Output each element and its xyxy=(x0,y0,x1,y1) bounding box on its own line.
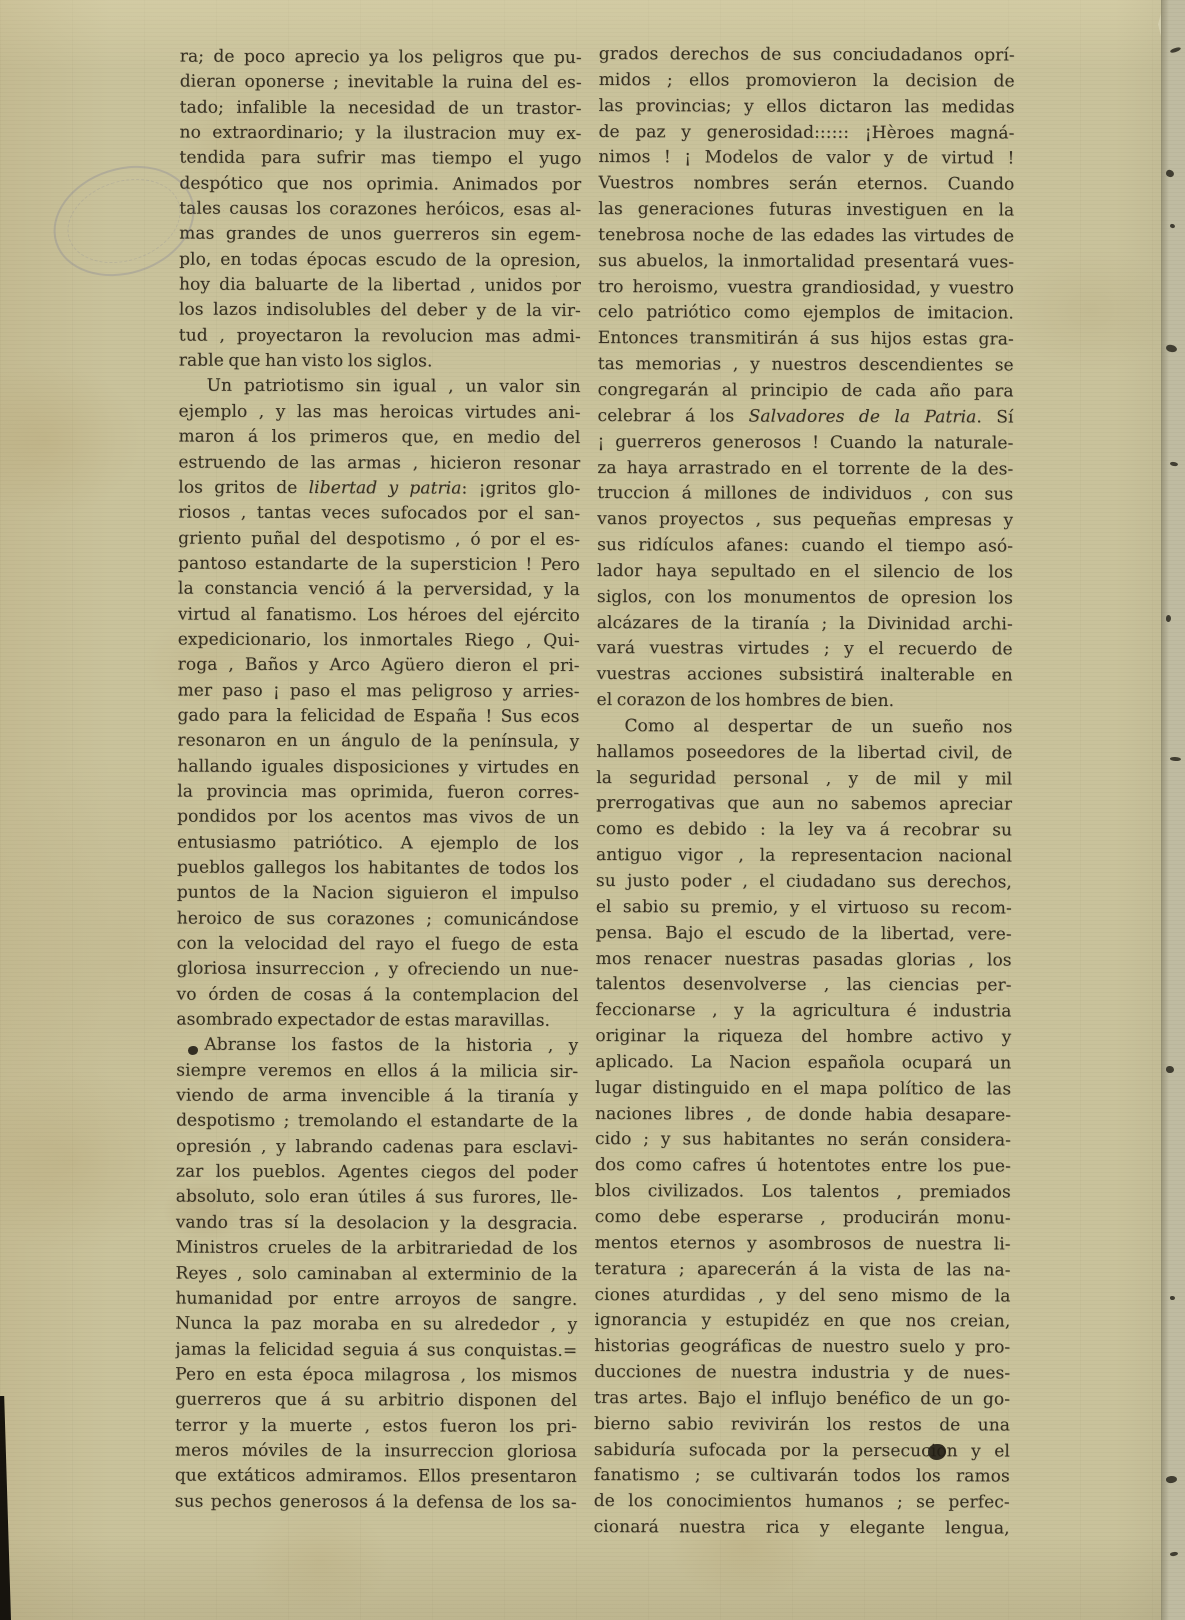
text: nimos ! ¡ Modelos de valor y de virtud ! xyxy=(598,147,1014,168)
text-line: como debe esperarse , producirán monu- xyxy=(595,1205,1011,1232)
text-line: con la velocidad del rayo el fuego de es… xyxy=(177,932,579,959)
text: ignorancia y estupidéz en que nos creian… xyxy=(594,1310,1010,1331)
text-line: tud , proyectaron la revolucion mas admi… xyxy=(179,323,581,350)
text-line: ciones aturdidas , y del seno mismo de l… xyxy=(594,1283,1010,1310)
text-line: despótico que nos oprimia. Animados por xyxy=(179,171,581,198)
text-line: entusiasmo patriótico. A ejemplo de los xyxy=(177,830,579,857)
text-line: pantoso estandarte de la supersticion ! … xyxy=(178,551,580,578)
text: los gritos de xyxy=(178,477,308,497)
text: cionará nuestra rica y elegante lengua, xyxy=(594,1517,1010,1538)
text-line: vanos proyectos , sus pequeñas empresas … xyxy=(597,507,1013,534)
text: pantoso estandarte de la supersticion ! … xyxy=(178,553,580,574)
text-line: prerrogativas que aun no sabemos aprecia… xyxy=(596,791,1012,818)
text: pondidos por los acentos mas vivos de un xyxy=(177,807,579,828)
text-line: Vuestros nombres serán eternos. Cuando xyxy=(598,171,1014,198)
text-line: congregarán al principio de cada año par… xyxy=(598,378,1014,405)
text-line: Entonces transmitirán á sus hijos estas … xyxy=(598,326,1014,353)
text-line: talentos desenvolverse , las ciencias pe… xyxy=(596,972,1012,999)
text-line: historias geográficas de nuestro suelo y… xyxy=(594,1334,1010,1361)
text: plo, en todas épocas escudo de la opresi… xyxy=(179,249,581,270)
text: originar la riqueza del hombre activo y xyxy=(595,1026,1011,1047)
text: expedicionario, los inmortales Riego , Q… xyxy=(178,629,580,650)
text: Abranse los fastos de la historia , y xyxy=(204,1035,578,1056)
text: la constancia venció á la perversidad, y… xyxy=(178,579,580,600)
text: truccion á millones de individuos , con … xyxy=(597,483,1013,504)
text-line: gloriosa insurreccion , y ofreciendo un … xyxy=(177,957,579,984)
text: Entonces transmitirán á sus hijos estas … xyxy=(598,328,1014,349)
text: sus ridículos afanes: cuando el tiempo a… xyxy=(597,535,1013,556)
text: ducciones de nuestra industria y de nues… xyxy=(594,1362,1010,1383)
text: no extraordinario; y la ilustracion muy … xyxy=(179,123,581,144)
text: aplicado. La Nacion española ocupará un xyxy=(595,1052,1011,1073)
text: griento puñal del despotismo , ó por el … xyxy=(178,528,580,549)
text: za haya arrastrado en el torrente de la … xyxy=(597,458,1013,479)
text-line: sabiduría sufocada por la persecucion y … xyxy=(594,1438,1010,1465)
edge-ink-mark xyxy=(1166,1066,1174,1073)
text-line: zar los pueblos. Agentes ciegos del pode… xyxy=(176,1160,578,1187)
text-line: los gritos de libertad y patria: ¡gritos… xyxy=(178,475,580,502)
text-line: la seguridad personal , y de mil y mil xyxy=(596,766,1012,793)
text-line: los lazos indisolubles del deber y de la… xyxy=(179,298,581,325)
text: las provincias; y ellos dictaron las med… xyxy=(599,96,1015,117)
text-line: siempre veremos en ellos á la milicia si… xyxy=(176,1058,578,1085)
text: Pero en esta época milagrosa , los mismo… xyxy=(175,1364,577,1385)
text-line: ra; de poco aprecio ya los peligros que … xyxy=(180,45,582,72)
text: lugar distinguido en el mapa político de… xyxy=(595,1078,1011,1099)
text: gado para la felicidad de España ! Sus e… xyxy=(177,705,579,726)
text-line: za haya arrastrado en el torrente de la … xyxy=(597,456,1013,483)
text-line: de los conocimientos humanos ; se perfec… xyxy=(594,1489,1010,1516)
text: roga , Baños y Arco Agüero dieron el pri… xyxy=(178,655,580,676)
text: meros móviles de la insurreccion glorios… xyxy=(175,1440,577,1461)
text: los lazos indisolubles del deber y de la… xyxy=(179,300,581,321)
text: pueblos gallegos los habitantes de todos… xyxy=(177,858,579,879)
text-line: ducciones de nuestra industria y de nues… xyxy=(594,1360,1010,1387)
text-line: Pero en esta época milagrosa , los mismo… xyxy=(175,1362,577,1389)
text: mer paso ¡ paso el mas peligroso y arrie… xyxy=(178,680,580,701)
text: celebrar á los xyxy=(598,406,749,427)
text-line: resonaron en un ángulo de la península, … xyxy=(177,729,579,756)
text: como es debido : la ley va á recobrar su xyxy=(596,819,1012,840)
text-line: plo, en todas épocas escudo de la opresi… xyxy=(179,247,581,274)
text-line: tendida para sufrir mas tiempo el yugo xyxy=(179,146,581,173)
text-line: el corazon de los hombres de bien. xyxy=(597,688,1013,715)
text: entusiasmo patriótico. A ejemplo de los xyxy=(177,832,579,853)
text-line: como es debido : la ley va á recobrar su xyxy=(596,817,1012,844)
text: opresión , y labrando cadenas para escla… xyxy=(176,1136,578,1157)
text: hallamos poseedores de la libertad civil… xyxy=(596,742,1012,763)
text: antiguo vigor , la representacion nacion… xyxy=(596,845,1012,866)
text: Ministros crueles de la arbitrariedad de… xyxy=(176,1238,578,1259)
text: el corazon de los hombres de bien. xyxy=(597,690,895,711)
text: tenebrosa noche de las edades las virtud… xyxy=(598,225,1014,246)
text-line: cido ; y sus habitantes no serán conside… xyxy=(595,1127,1011,1154)
text-line: originar la riqueza del hombre activo y xyxy=(595,1024,1011,1051)
text-line: pueblos gallegos los habitantes de todos… xyxy=(177,856,579,883)
text: heroico de sus corazones ; comunicándose xyxy=(177,908,579,929)
text: despotismo ; tremolando el estandarte de… xyxy=(176,1111,578,1132)
text: hallando iguales disposiciones y virtude… xyxy=(177,756,579,777)
text: blos civilizados. Los talentos , premiad… xyxy=(595,1181,1011,1202)
text: midos ; ellos promovieron la decision de xyxy=(599,70,1015,91)
text-line: sus abuelos, la inmortalidad presentará … xyxy=(598,249,1014,276)
text: jamas la felicidad seguia á sus conquist… xyxy=(175,1339,577,1360)
text-line: virtud al fanatismo. Los héroes del ejér… xyxy=(178,602,580,629)
text-line: vo órden de cosas á la contemplacion del xyxy=(176,982,578,1009)
text-line: opresión , y labrando cadenas para escla… xyxy=(176,1134,578,1161)
text-line: despotismo ; tremolando el estandarte de… xyxy=(176,1109,578,1136)
text-line: la constancia venció á la perversidad, y… xyxy=(178,577,580,604)
text: ¡ guerreros generosos ! Cuando la natura… xyxy=(597,432,1013,453)
text: siglos, con los monumentos de opresion l… xyxy=(597,587,1013,608)
text-line: tado; infalible la necesidad de un trast… xyxy=(180,95,582,122)
text-line: dos como cafres ú hotentotes entre los p… xyxy=(595,1153,1011,1180)
text-line: Nunca la paz moraba en su alrededor , y xyxy=(175,1312,577,1339)
text: gloriosa insurreccion , y ofreciendo un … xyxy=(177,959,579,980)
text: la provincia mas oprimida, fueron corres… xyxy=(177,782,579,803)
text-line: aplicado. La Nacion española ocupará un xyxy=(595,1050,1011,1077)
text-column-left: ra; de poco aprecio ya los peligros que … xyxy=(175,45,582,1516)
text-line: mos renacer nuestras pasadas glorias , l… xyxy=(596,947,1012,974)
text: la seguridad personal , y de mil y mil xyxy=(596,768,1012,789)
text-line: nimos ! ¡ Modelos de valor y de virtud ! xyxy=(598,145,1014,172)
text-line: siglos, con los monumentos de opresion l… xyxy=(597,585,1013,612)
text-line: vando tras sí la desolacion y la desgrac… xyxy=(176,1210,578,1237)
text-line: antiguo vigor , la representacion nacion… xyxy=(596,843,1012,870)
text-line: Como al despertar de un sueño nos xyxy=(596,714,1012,741)
text-line: vará vuestras virtudes ; y el recuerdo d… xyxy=(597,636,1013,663)
text: puntos de la Nacion siguieron el impulso xyxy=(177,883,579,904)
text: historias geográficas de nuestro suelo y… xyxy=(594,1336,1010,1357)
text-line: Reyes , solo caminaban al exterminio de … xyxy=(176,1261,578,1288)
text: hoy dia baluarte de la libertad , unidos… xyxy=(179,275,581,296)
text: su justo poder , el ciudadano sus derech… xyxy=(596,871,1012,892)
text-line: que extáticos admiramos. Ellos presentar… xyxy=(175,1464,577,1491)
text: ejemplo , y las mas heroicas virtudes an… xyxy=(179,401,581,422)
text-line: mas grandes de unos guerreros sin egem- xyxy=(179,222,581,249)
text: mas grandes de unos guerreros sin egem- xyxy=(179,224,581,245)
text-line: midos ; ellos promovieron la decision de xyxy=(599,68,1015,95)
text-line: tras artes. Bajo el influjo benéfico de … xyxy=(594,1386,1010,1413)
text: sabiduría sufocada por la persecucion y … xyxy=(594,1440,1010,1461)
text: talentos desenvolverse , las ciencias pe… xyxy=(596,974,1012,995)
text: pensa. Bajo el escudo de la libertad, ve… xyxy=(596,923,1012,944)
text: guerreros que á su arbitrio disponen del xyxy=(175,1390,577,1411)
text-line: Un patriotismo sin igual , un valor sin xyxy=(179,374,581,401)
text-line: meros móviles de la insurreccion glorios… xyxy=(175,1438,577,1465)
italic-text: libertad y patria xyxy=(309,478,462,499)
text: Nunca la paz moraba en su alrededor , y xyxy=(175,1314,577,1335)
text: el sabio su premio, y el virtuoso su rec… xyxy=(596,897,1012,918)
text: . Sí xyxy=(976,407,1013,427)
text: con la velocidad del rayo el fuego de es… xyxy=(177,934,579,955)
text-line: puntos de la Nacion siguieron el impulso xyxy=(177,881,579,908)
text-line: sus ridículos afanes: cuando el tiempo a… xyxy=(597,533,1013,560)
text: Reyes , solo caminaban al exterminio de … xyxy=(176,1263,578,1284)
text: bierno sabio revivirán los restos de una xyxy=(594,1414,1010,1435)
text-line: las generaciones futuras investiguen en … xyxy=(598,197,1014,224)
text: alcázares de la tiranía ; la Divinidad a… xyxy=(597,613,1013,634)
edge-ink-mark xyxy=(1170,757,1181,761)
text-line: alcázares de la tiranía ; la Divinidad a… xyxy=(597,611,1013,638)
text: estruendo de las armas , hicieron resona… xyxy=(178,452,580,473)
text-line: pensa. Bajo el escudo de la libertad, ve… xyxy=(596,921,1012,948)
text-line: ¡ guerreros generosos ! Cuando la natura… xyxy=(597,430,1013,457)
text-line: cionará nuestra rica y elegante lengua, xyxy=(594,1515,1010,1542)
text: congregarán al principio de cada año par… xyxy=(598,380,1014,401)
text: vanos proyectos , sus pequeñas empresas … xyxy=(597,509,1013,530)
text: Vuestros nombres serán eternos. Cuando xyxy=(598,173,1014,194)
text-line: lador haya sepultado en el silencio de l… xyxy=(597,559,1013,586)
text: rable que han visto los siglos. xyxy=(179,351,433,372)
text-line: heroico de sus corazones ; comunicándose xyxy=(177,906,579,933)
text-line: de paz y generosidad:::::: ¡Hèroes magná… xyxy=(598,120,1014,147)
text: cido ; y sus habitantes no serán conside… xyxy=(595,1129,1011,1150)
text: como debe esperarse , producirán monu- xyxy=(595,1207,1011,1228)
text-line: guerreros que á su arbitrio disponen del xyxy=(175,1388,577,1415)
text-line: sus pechos generosos á la defensa de los… xyxy=(175,1489,577,1516)
text: tras artes. Bajo el influjo benéfico de … xyxy=(594,1388,1010,1409)
text: sus pechos generosos á la defensa de los… xyxy=(175,1491,577,1512)
text-line: expedicionario, los inmortales Riego , Q… xyxy=(178,627,580,654)
text-line: mer paso ¡ paso el mas peligroso y arrie… xyxy=(178,678,580,705)
text: absoluto, solo eran útiles á sus furores… xyxy=(176,1187,578,1208)
text: maron á los primeros que, en medio del xyxy=(178,427,580,448)
text: dieran oponerse ; inevitable la ruina de… xyxy=(180,72,582,93)
text: ra; de poco aprecio ya los peligros que … xyxy=(180,47,582,68)
text: tro heroismo, vuestra grandiosidad, y vu… xyxy=(598,277,1014,298)
text-line: truccion á millones de individuos , con … xyxy=(597,481,1013,508)
text-line: humanidad por entre arroyos de sangre. xyxy=(175,1286,577,1313)
text: fanatismo ; se cultivarán todos los ramo… xyxy=(594,1465,1010,1486)
text: Un patriotismo sin igual , un valor sin xyxy=(207,376,581,397)
text: teratura ; aparecerán á la vista de las … xyxy=(595,1259,1011,1280)
text: vando tras sí la desolacion y la desgrac… xyxy=(176,1212,578,1233)
text: vará vuestras virtudes ; y el recuerdo d… xyxy=(597,638,1013,659)
text: de los conocimientos humanos ; se perfec… xyxy=(594,1491,1010,1512)
text-line: roga , Baños y Arco Agüero dieron el pri… xyxy=(178,653,580,680)
text-line: las provincias; y ellos dictaron las med… xyxy=(599,94,1015,121)
text: ciones aturdidas , y del seno mismo de l… xyxy=(594,1285,1010,1306)
text-line: griento puñal del despotismo , ó por el … xyxy=(178,526,580,553)
text-line: bierno sabio revivirán los restos de una xyxy=(594,1412,1010,1439)
text-line: jamas la felicidad seguia á sus conquist… xyxy=(175,1337,577,1364)
text: terror y la muerte , estos fueron los pr… xyxy=(175,1415,577,1436)
text: las generaciones futuras investiguen en … xyxy=(598,199,1014,220)
text-line: blos civilizados. Los talentos , premiad… xyxy=(595,1179,1011,1206)
text-line: el sabio su premio, y el virtuoso su rec… xyxy=(596,895,1012,922)
text-line: dieran oponerse ; inevitable la ruina de… xyxy=(180,70,582,97)
text: celo patriótico como ejemplos de imitaci… xyxy=(598,302,1014,323)
text: feccionarse , y la agricultura é industr… xyxy=(595,1000,1011,1021)
text-line: tenebrosa noche de las edades las virtud… xyxy=(598,223,1014,250)
text-line: fanatismo ; se cultivarán todos los ramo… xyxy=(594,1463,1010,1490)
text-line: teratura ; aparecerán á la vista de las … xyxy=(595,1257,1011,1284)
text: que extáticos admiramos. Ellos presentar… xyxy=(175,1466,577,1487)
text: lador haya sepultado en el silencio de l… xyxy=(597,561,1013,582)
text-line: viendo de arma invencible á la tiranía y xyxy=(176,1084,578,1111)
text: resonaron en un ángulo de la península, … xyxy=(177,731,579,752)
text-line: naciones libres , de donde habia desapar… xyxy=(595,1102,1011,1129)
text-line: feccionarse , y la agricultura é industr… xyxy=(595,998,1011,1025)
text: tado; infalible la necesidad de un trast… xyxy=(180,97,582,118)
text-line: hallamos poseedores de la libertad civil… xyxy=(596,740,1012,767)
text-line: mentos eternos y asombrosos de nuestra l… xyxy=(595,1231,1011,1258)
text-line: Ministros crueles de la arbitrariedad de… xyxy=(176,1236,578,1263)
text: tas memorias , y nuestros descendientes … xyxy=(598,354,1014,375)
text: siempre veremos en ellos á la milicia si… xyxy=(176,1060,578,1081)
text-line: terror y la muerte , estos fueron los pr… xyxy=(175,1413,577,1440)
text-line: su justo poder , el ciudadano sus derech… xyxy=(596,869,1012,896)
text-line: grados derechos de sus conciudadanos opr… xyxy=(599,42,1015,69)
text: : ¡gritos glo- xyxy=(462,478,581,498)
text-line: ejemplo , y las mas heroicas virtudes an… xyxy=(179,399,581,426)
text: vo órden de cosas á la contemplacion del xyxy=(176,984,578,1005)
text-line: tro heroismo, vuestra grandiosidad, y vu… xyxy=(598,275,1014,302)
text: Como al despertar de un sueño nos xyxy=(624,716,1012,737)
text-line: Abranse los fastos de la historia , y xyxy=(176,1033,578,1060)
text-line: vuestras acciones subsistirá inalterable… xyxy=(597,662,1013,689)
text: viendo de arma invencible á la tiranía y xyxy=(176,1086,578,1107)
text: tendida para sufrir mas tiempo el yugo xyxy=(179,148,581,169)
text-line: rable que han visto los siglos. xyxy=(179,349,581,376)
italic-text: Salvadores de la Patria xyxy=(749,406,977,427)
text: humanidad por entre arroyos de sangre. xyxy=(175,1288,577,1309)
text: prerrogativas que aun no sabemos aprecia… xyxy=(596,793,1012,814)
text-line: lugar distinguido en el mapa político de… xyxy=(595,1076,1011,1103)
page-edge xyxy=(1161,0,1185,1620)
text: mentos eternos y asombrosos de nuestra l… xyxy=(595,1233,1011,1254)
text-line: celo patriótico como ejemplos de imitaci… xyxy=(598,300,1014,327)
text-column-right: grados derechos de sus conciudadanos opr… xyxy=(594,42,1015,1542)
text-line: no extraordinario; y la ilustracion muy … xyxy=(179,121,581,148)
text: de paz y generosidad:::::: ¡Hèroes magná… xyxy=(599,122,1015,143)
text: sus abuelos, la inmortalidad presentará … xyxy=(598,251,1014,272)
text-line: la provincia mas oprimida, fueron corres… xyxy=(177,780,579,807)
text-line: hoy dia baluarte de la libertad , unidos… xyxy=(179,273,581,300)
text-line: asombrado expectador de estas maravillas… xyxy=(176,1008,578,1035)
text-line: pondidos por los acentos mas vivos de un xyxy=(177,805,579,832)
text: dos como cafres ú hotentotes entre los p… xyxy=(595,1155,1011,1176)
text-line: maron á los primeros que, en medio del xyxy=(178,425,580,452)
text-line: ignorancia y estupidéz en que nos creian… xyxy=(594,1308,1010,1335)
text-line: estruendo de las armas , hicieron resona… xyxy=(178,450,580,477)
text-line: celebrar á los Salvadores de la Patria. … xyxy=(598,404,1014,431)
text-line: hallando iguales disposiciones y virtude… xyxy=(177,754,579,781)
text-line: tas memorias , y nuestros descendientes … xyxy=(598,352,1014,379)
text-line: riosos , tantas veces sufocados por el s… xyxy=(178,501,580,528)
text: riosos , tantas veces sufocados por el s… xyxy=(178,503,580,524)
scanned-document-page: ra; de poco aprecio ya los peligros que … xyxy=(0,0,1185,1620)
text: virtud al fanatismo. Los héroes del ejér… xyxy=(178,604,580,625)
text: tud , proyectaron la revolucion mas admi… xyxy=(179,325,581,346)
text: grados derechos de sus conciudadanos opr… xyxy=(599,44,1015,65)
text: mos renacer nuestras pasadas glorias , l… xyxy=(596,949,1012,970)
text: zar los pueblos. Agentes ciegos del pode… xyxy=(176,1162,578,1183)
text-line: gado para la felicidad de España ! Sus e… xyxy=(177,703,579,730)
text: naciones libres , de donde habia desapar… xyxy=(595,1104,1011,1125)
text: asombrado expectador de estas maravillas… xyxy=(176,1010,550,1031)
text: despótico que nos oprimia. Animados por xyxy=(179,173,581,194)
text-line: absoluto, solo eran útiles á sus furores… xyxy=(176,1185,578,1212)
text: vuestras acciones subsistirá inalterable… xyxy=(597,664,1013,685)
